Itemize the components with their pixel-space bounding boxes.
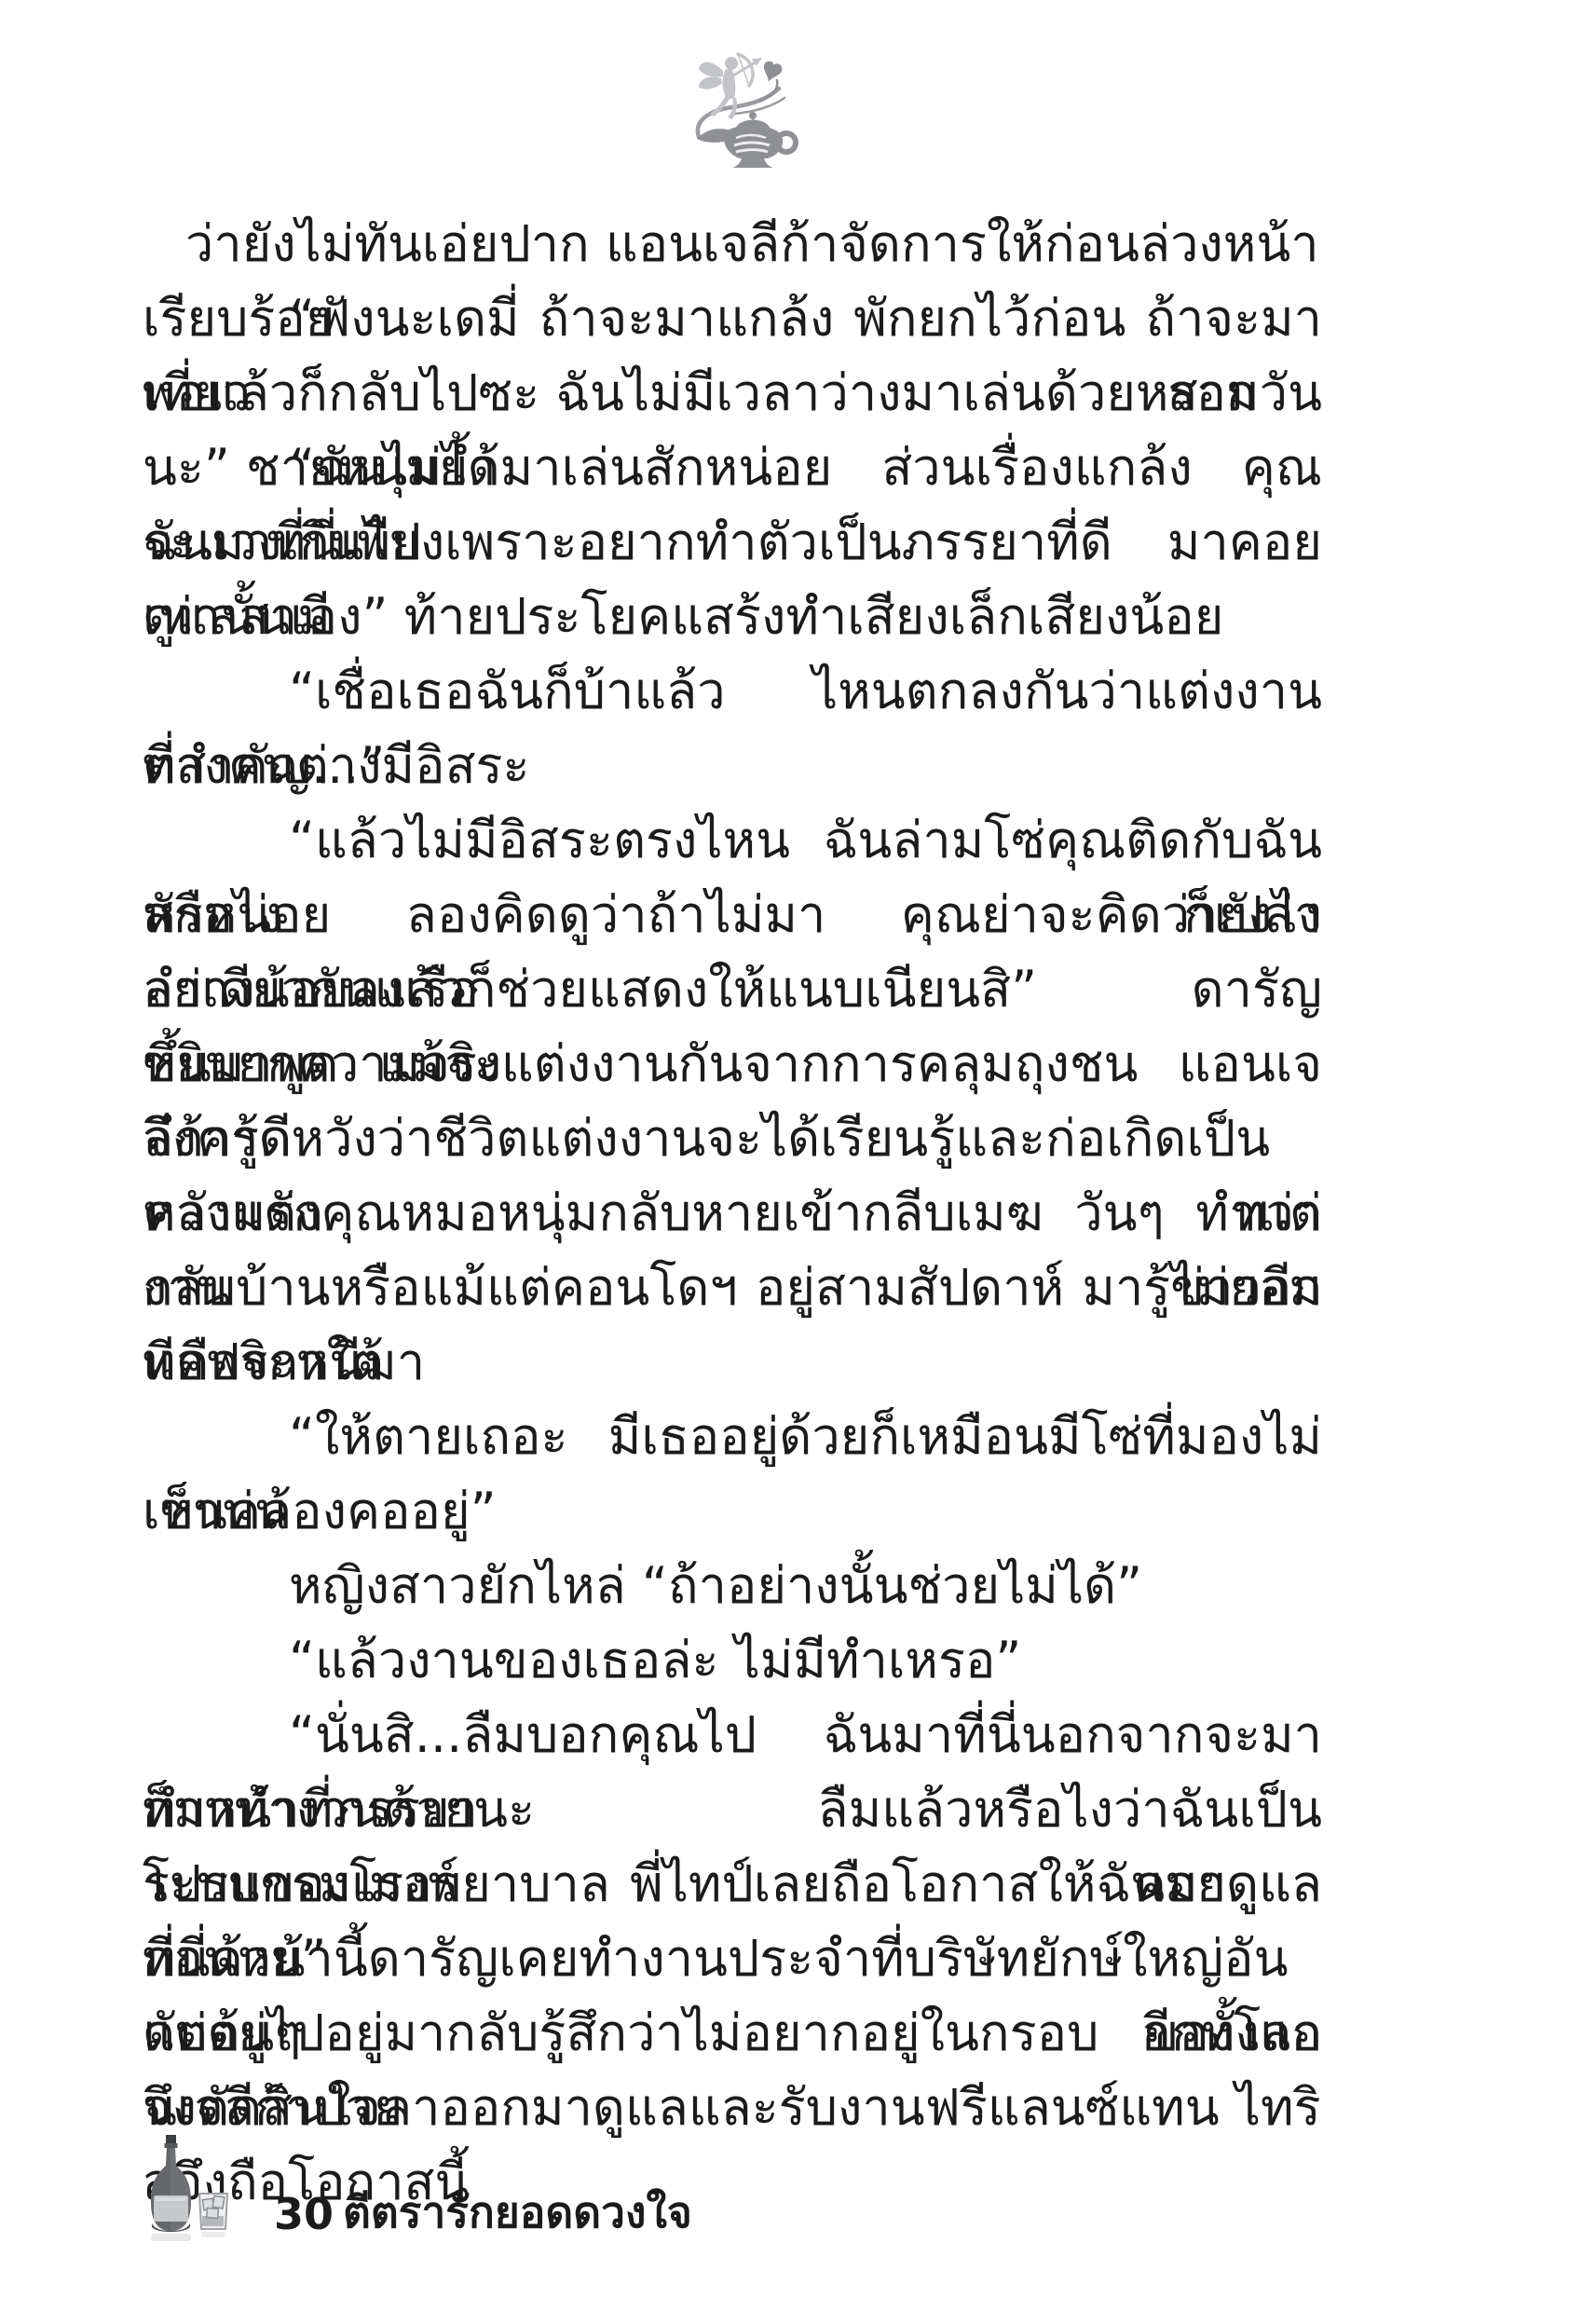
text-line: “แล้วไม่มีอิสระตรงไหน ฉันล่ามโซ่คุณติดกั… <box>143 803 1322 878</box>
text-line: หลังแต่งคุณหมอหนุ่มกลับหายเข้ากลีบเมฆ วั… <box>143 1176 1322 1251</box>
book-page: ว่ายังไม่ทันเอ่ยปาก แอนเจลีก้าจัดการให้ก… <box>0 0 1596 2311</box>
text-line: พอแล้วก็กลับไปซะ ฉันไม่มีเวลาว่างมาเล่นด… <box>143 356 1322 431</box>
text-line: กลับบ้านหรือแม้แต่คอนโดฯ อยู่สามสัปดาห์ … <box>143 1251 1322 1325</box>
text-line: ก่อนหน้านี้ดารัญเคยทำงานประจำที่บริษัทยั… <box>143 1921 1322 1996</box>
text-line: สักหน่อย ลองคิดดูว่าถ้าไม่มา คุณย่าจะคิด… <box>143 878 1322 952</box>
heart-icon <box>759 60 784 85</box>
page-footer: 30 ตีตรารักยอดดวงใจ <box>145 2132 798 2253</box>
genie-lamp-icon <box>697 112 783 168</box>
bottle-and-glass-icon <box>145 2132 234 2249</box>
text-line: “ฟังนะเดมี่ ถ้าจะมาแกล้ง พักยกไว้ก่อน ถ้… <box>143 281 1322 356</box>
body-text: ว่ายังไม่ทันเอ่ยปาก แอนเจลีก้าจัดการให้ก… <box>143 207 1322 2145</box>
text-line: “นั่นสิ...ลืมบอกคุณไป ฉันมาที่นี่นอกจากจ… <box>143 1698 1322 1772</box>
text-line: ที่สำคัญ...” <box>143 729 1322 803</box>
text-line: หญิงสาวยักไหล่ “ถ้าอย่างนั้นช่วยไม่ได้” <box>143 1549 1322 1623</box>
text-line: “เชื่อเธอฉันก็บ้าแล้ว ไหนตกลงกันว่าแต่งง… <box>143 654 1322 729</box>
text-line: ลำเดียวกันแล้วก็ช่วยแสดงให้แนบเนียนสิ” ด… <box>143 952 1322 1027</box>
text-line: แอฟริกาใต้ <box>143 1325 1322 1400</box>
cupid-genie-lamp-icon <box>688 48 813 179</box>
text-line: “ฉันไม่ได้มาเล่นสักหน่อย ส่วนเรื่องแกล้ง… <box>143 431 1322 505</box>
text-line: “ให้ตายเถอะ มีเธออยู่ด้วยก็เหมือนมีโซ่ที… <box>143 1400 1322 1474</box>
text-line: แต่อยู่ไปอยู่มากลับรู้สึกว่าไม่อยากอยู่ใ… <box>143 1996 1322 2071</box>
text-line: ฉันมาที่นี่เพียงเพราะอยากทำตัวเป็นภรรยาท… <box>143 505 1322 580</box>
text-line: เท่านั้นเอง” ท้ายประโยคแสร้งทำเสียงเล็กเ… <box>143 580 1322 654</box>
page-number: 30 <box>274 2190 334 2238</box>
text-line: ขึ้นมาพูด แม้จะแต่งงานกันจากการคลุมถุงชน… <box>143 1027 1322 1101</box>
text-line: ระบบของโรงพยาบาล พี่ไทป์เลยถือโอกาสให้ฉั… <box>143 1847 1322 1921</box>
cupid-icon <box>699 57 738 119</box>
text-line: “แล้วงานของเธอล่ะ ไม่มีทำเหรอ” <box>143 1623 1322 1698</box>
text-line: จึงคาดหวังว่าชีวิตแต่งงานจะได้เรียนรู้แล… <box>143 1101 1322 1176</box>
text-line: ก็มาทำงานด้วยนะ ลืมแล้วหรือไงว่าฉันเป็นโ… <box>143 1772 1322 1847</box>
text-line: ว่ายังไม่ทันเอ่ยปาก แอนเจลีก้าจัดการให้ก… <box>143 207 1322 281</box>
book-title: ตีตรารักยอดดวงใจ <box>343 2186 692 2238</box>
